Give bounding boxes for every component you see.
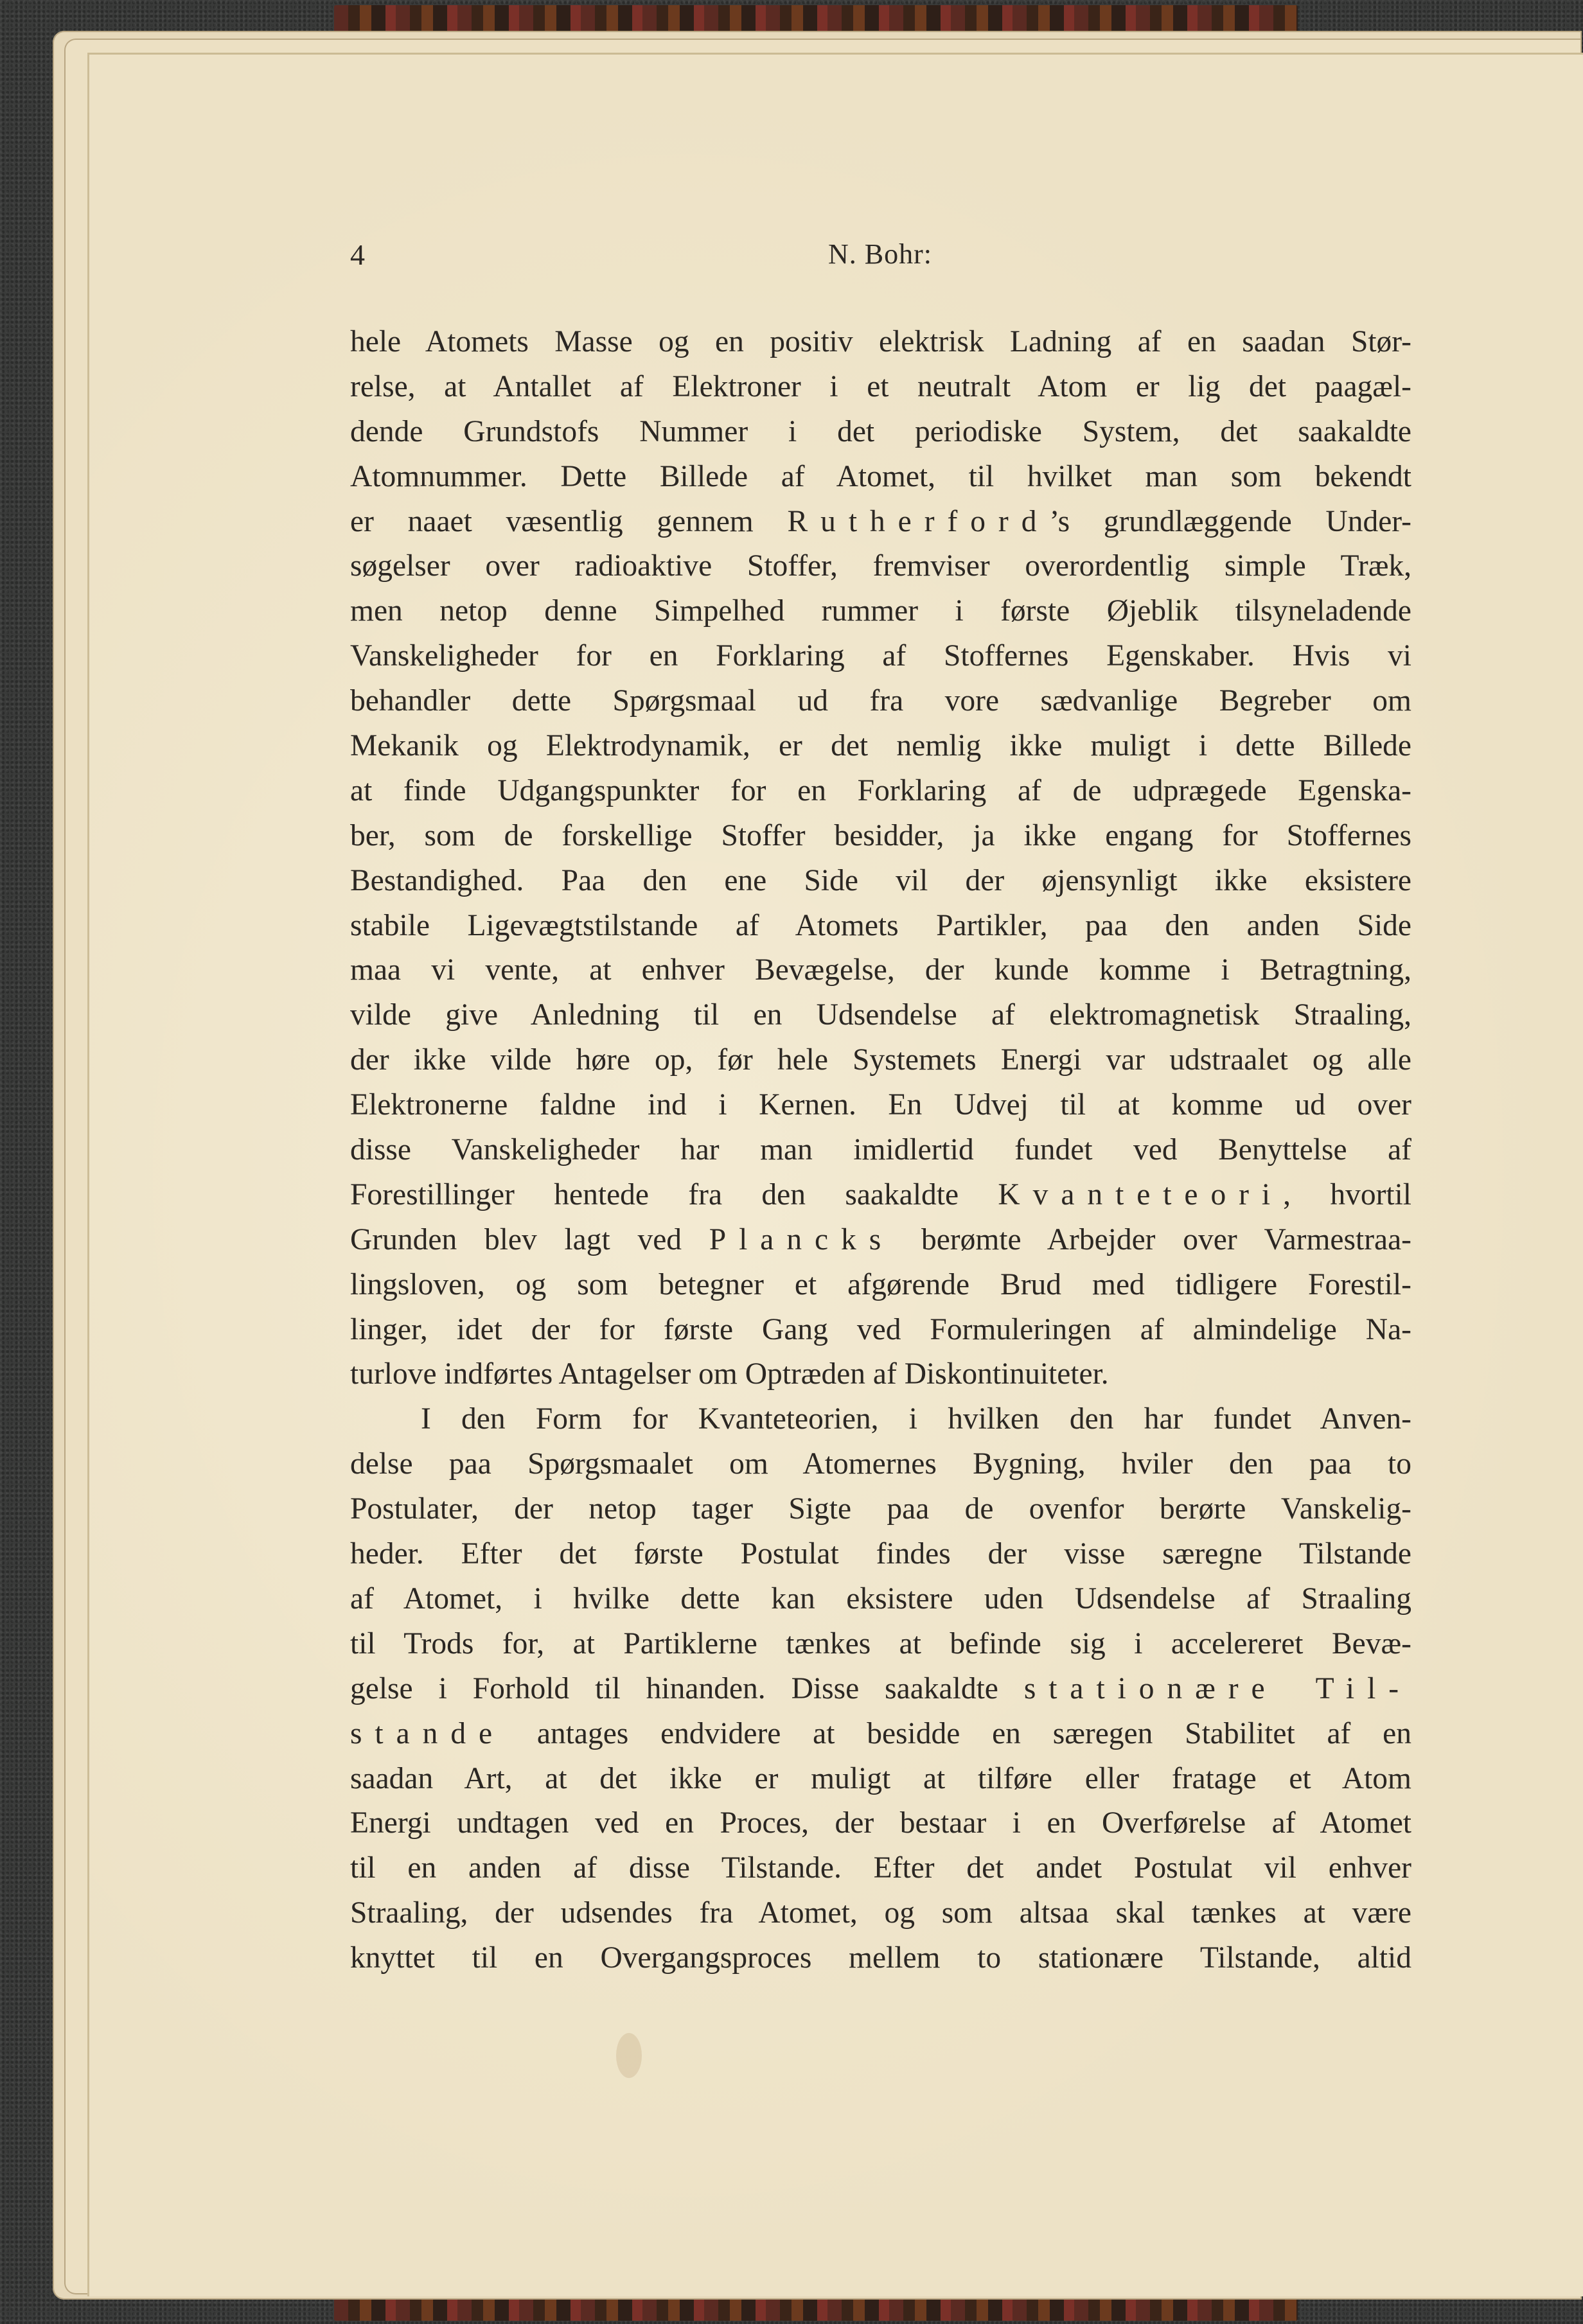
text-line: Bestandighed. Paa den ene Side vil der ø… <box>350 859 1411 904</box>
text-segment: heder. Efter det første Postulat findes … <box>350 1537 1411 1571</box>
text-line: er naaet væsentlig gennem Rutherford’s g… <box>350 500 1411 545</box>
text-line: der ikke vilde høre op, før hele Systeme… <box>350 1038 1411 1083</box>
text-segment: Bestandighed. Paa den ene Side vil der ø… <box>350 864 1411 897</box>
text-line: saadan Art, at det ikke er muligt at til… <box>350 1757 1411 1802</box>
emphasized-name: Rutherford <box>787 505 1049 538</box>
text-segment: berømte Arbejder over Varmestraa- <box>894 1223 1411 1256</box>
text-line: turlove indførtes Antagelser om Optræden… <box>350 1352 1411 1397</box>
text-segment: stabile Ligevægtstilstande af Atomets Pa… <box>350 909 1411 942</box>
text-segment: dende Grundstofs Nummer i det periodiske… <box>350 415 1411 448</box>
text-line: stabile Ligevægtstilstande af Atomets Pa… <box>350 904 1411 949</box>
text-segment: er naaet væsentlig gennem <box>350 505 787 538</box>
text-segment: søgelser over radioaktive Stoffer, fremv… <box>350 549 1411 583</box>
text-line: søgelser over radioaktive Stoffer, fremv… <box>350 544 1411 589</box>
text-line: vilde give Anledning til en Udsendelse a… <box>350 993 1411 1038</box>
text-line: men netop denne Simpelhed rummer i først… <box>350 589 1411 634</box>
text-line: af Atomet, i hvilke dette kan eksistere … <box>350 1577 1411 1622</box>
text-line: Grunden blev lagt ved Plancks berømte Ar… <box>350 1218 1411 1263</box>
text-segment: relse, at Antallet af Elektroner i et ne… <box>350 370 1411 403</box>
text-line: hele Atomets Masse og en positiv elektri… <box>350 320 1411 365</box>
emphasized-name: stationære Til- <box>1024 1672 1411 1705</box>
text-segment: Elektronerne faldne ind i Kernen. En Udv… <box>350 1088 1411 1122</box>
text-segment: disse Vanskeligheder har man imidlertid … <box>350 1133 1411 1166</box>
emphasized-name: stande <box>350 1717 505 1750</box>
paper-stain <box>616 2033 642 2078</box>
text-segment: saadan Art, at det ikke er muligt at til… <box>350 1762 1411 1795</box>
text-segment: Atomnummer. Dette Billede af Atomet, til… <box>350 460 1411 493</box>
text-segment: af Atomet, i hvilke dette kan eksistere … <box>350 1582 1411 1615</box>
text-segment: , hvortil <box>1283 1178 1411 1211</box>
text-segment: hele Atomets Masse og en positiv elektri… <box>350 325 1411 358</box>
text-line: lingsloven, og som betegner et afgørende… <box>350 1263 1411 1308</box>
text-line: Atomnummer. Dette Billede af Atomet, til… <box>350 455 1411 500</box>
text-line: Postulater, der netop tager Sigte paa de… <box>350 1487 1411 1532</box>
text-segment: Grunden blev lagt ved <box>350 1223 709 1256</box>
text-segment: gelse i Forhold til hinanden. Disse saak… <box>350 1672 1024 1705</box>
text-segment: Mekanik og Elektrodynamik, er det nemlig… <box>350 729 1411 762</box>
body-text: hele Atomets Masse og en positiv elektri… <box>350 320 1411 1981</box>
text-segment: Postulater, der netop tager Sigte paa de… <box>350 1492 1411 1526</box>
text-segment: I den Form for Kvanteteorien, i hvilken … <box>421 1402 1411 1436</box>
text-segment: til en anden af disse Tilstande. Efter d… <box>350 1851 1411 1885</box>
text-line: Elektronerne faldne ind i Kernen. En Udv… <box>350 1083 1411 1128</box>
text-line: at finde Udgangspunkter for en Forklarin… <box>350 769 1411 814</box>
text-segment: Energi undtagen ved en Proces, der besta… <box>350 1806 1411 1840</box>
text-segment: linger, idet der for første Gang ved For… <box>350 1313 1411 1346</box>
emphasized-name: Plancks <box>709 1223 894 1256</box>
text-line: til en anden af disse Tilstande. Efter d… <box>350 1846 1411 1891</box>
text-line: til Trods for, at Partiklerne tænkes at … <box>350 1622 1411 1667</box>
text-segment: Forestillinger hentede fra den saakaldte <box>350 1178 998 1211</box>
text-line: knyttet til en Overgangsproces mellem to… <box>350 1936 1411 1981</box>
text-line: Forestillinger hentede fra den saakaldte… <box>350 1173 1411 1218</box>
text-line: gelse i Forhold til hinanden. Disse saak… <box>350 1667 1411 1712</box>
text-segment: Straaling, der udsendes fra Atomet, og s… <box>350 1896 1411 1930</box>
text-line: maa vi vente, at enhver Bevægelse, der k… <box>350 948 1411 993</box>
text-segment: men netop denne Simpelhed rummer i først… <box>350 594 1411 628</box>
text-segment: behandler dette Spørgsmaal ud fra vore s… <box>350 684 1411 717</box>
text-line: relse, at Antallet af Elektroner i et ne… <box>350 365 1411 410</box>
text-segment: Vanskeligheder for en Forklaring af Stof… <box>350 639 1411 673</box>
text-segment: ’s grundlæggende Under- <box>1049 505 1411 538</box>
emphasized-name: Kvanteteori <box>998 1178 1283 1211</box>
text-line: behandler dette Spørgsmaal ud fra vore s… <box>350 679 1411 724</box>
text-segment: knyttet til en Overgangsproces mellem to… <box>350 1941 1411 1975</box>
text-line: linger, idet der for første Gang ved For… <box>350 1308 1411 1353</box>
text-line: Energi undtagen ved en Proces, der besta… <box>350 1801 1411 1846</box>
text-line: ber, som de forskellige Stoffer besidder… <box>350 814 1411 859</box>
text-segment: vilde give Anledning til en Udsendelse a… <box>350 998 1411 1032</box>
page-header: 4 N. Bohr: <box>350 238 1410 276</box>
text-line: delse paa Spørgsmaalet om Atomernes Bygn… <box>350 1442 1411 1487</box>
running-head: N. Bohr: <box>350 238 1410 270</box>
text-segment: delse paa Spørgsmaalet om Atomernes Bygn… <box>350 1447 1411 1481</box>
text-segment: at finde Udgangspunkter for en Forklarin… <box>350 774 1411 807</box>
text-line: I den Form for Kvanteteorien, i hvilken … <box>350 1397 1411 1442</box>
text-segment: ber, som de forskellige Stoffer besidder… <box>350 819 1411 852</box>
text-segment: maa vi vente, at enhver Bevægelse, der k… <box>350 953 1411 987</box>
text-line: Mekanik og Elektrodynamik, er det nemlig… <box>350 724 1411 769</box>
text-segment: til Trods for, at Partiklerne tænkes at … <box>350 1627 1411 1660</box>
text-line: Straaling, der udsendes fra Atomet, og s… <box>350 1891 1411 1936</box>
text-line: heder. Efter det første Postulat findes … <box>350 1532 1411 1577</box>
text-segment: antages endvidere at besidde en særegen … <box>505 1717 1411 1750</box>
text-line: dende Grundstofs Nummer i det periodiske… <box>350 410 1411 455</box>
text-segment: der ikke vilde høre op, før hele Systeme… <box>350 1043 1411 1077</box>
text-line: stande antages endvidere at besidde en s… <box>350 1712 1411 1757</box>
text-line: Vanskeligheder for en Forklaring af Stof… <box>350 634 1411 679</box>
text-segment: lingsloven, og som betegner et afgørende… <box>350 1268 1411 1301</box>
text-line: disse Vanskeligheder har man imidlertid … <box>350 1128 1411 1173</box>
text-segment: turlove indførtes Antagelser om Optræden… <box>350 1357 1109 1391</box>
